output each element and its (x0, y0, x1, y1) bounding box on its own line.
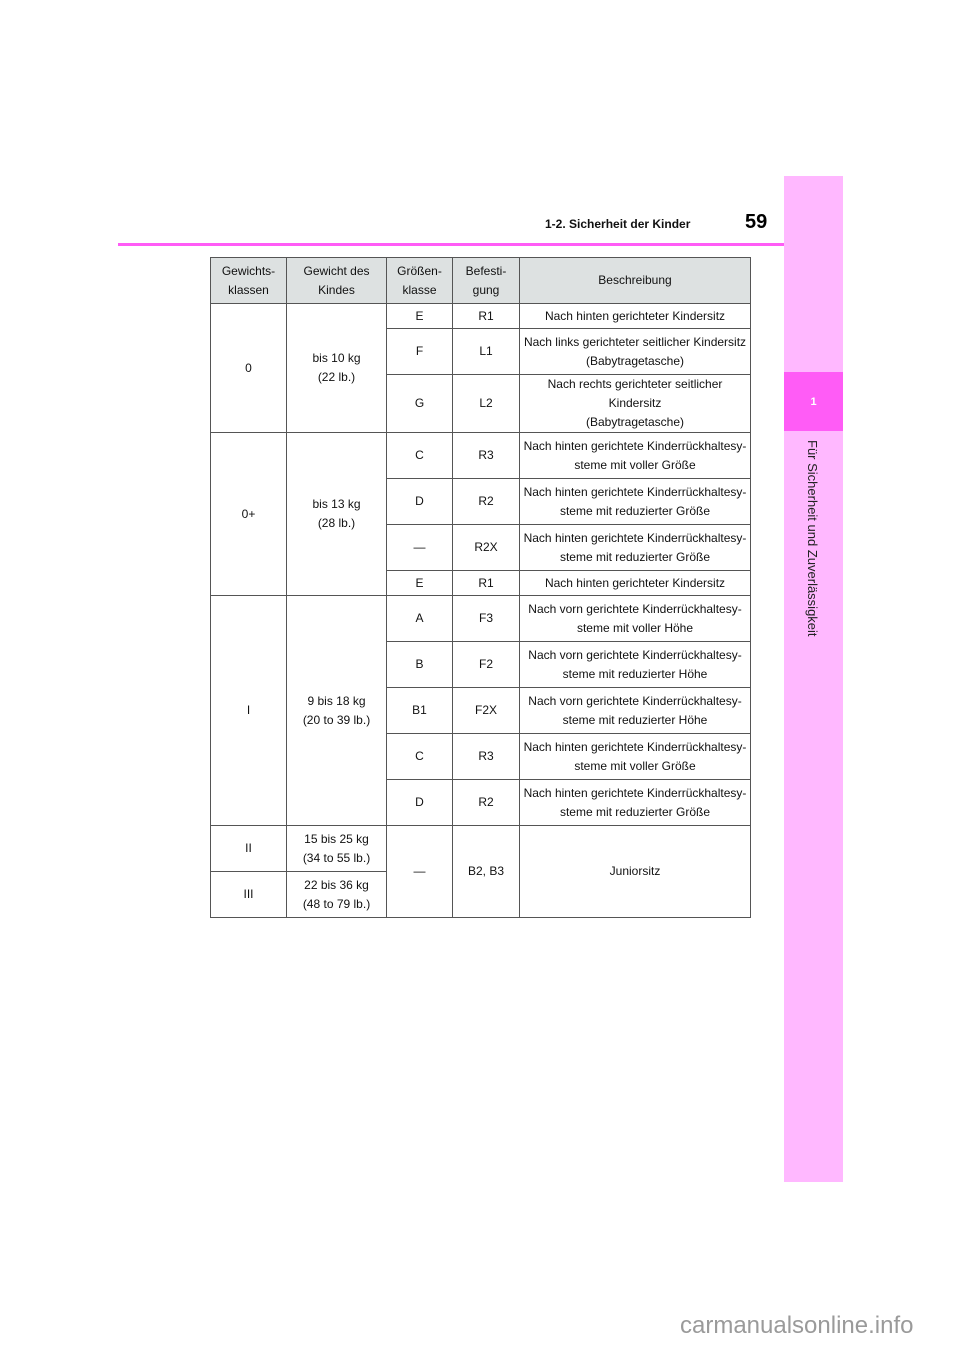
table-row: 0bis 10 kg (22 lb.)ER1Nach hinten gerich… (211, 304, 751, 329)
child-seat-table: Gewichts- klassenGewicht des KindesGröße… (210, 257, 751, 918)
fixture-cell: L2 (453, 375, 520, 433)
column-header: Gewichts- klassen (211, 258, 287, 304)
size-class-cell: E (387, 304, 453, 329)
fixture-cell: B2, B3 (453, 826, 520, 918)
description-cell: Juniorsitz (520, 826, 751, 918)
description-cell: Nach hinten gerichtete Kinderrückhaltesy… (520, 780, 751, 826)
fixture-cell: R1 (453, 571, 520, 596)
chapter-title-vertical: Für Sicherheit und Zuverlässigkeit (784, 440, 843, 650)
table-row: II15 bis 25 kg (34 to 55 lb.)—B2, B3Juni… (211, 826, 751, 872)
size-class-cell: D (387, 780, 453, 826)
column-header: Befesti- gung (453, 258, 520, 304)
size-class-cell: D (387, 479, 453, 525)
size-class-cell: C (387, 734, 453, 780)
size-class-cell: A (387, 596, 453, 642)
size-class-cell: — (387, 525, 453, 571)
weight-class-cell: II (211, 826, 287, 872)
header-rule (118, 243, 784, 246)
watermark: carmanualsonline.info (680, 1312, 913, 1340)
table-row: I9 bis 18 kg (20 to 39 lb.)AF3Nach vorn … (211, 596, 751, 642)
child-weight-cell: 22 bis 36 kg (48 to 79 lb.) (287, 872, 387, 918)
fixture-cell: F2X (453, 688, 520, 734)
child-weight-cell: bis 13 kg (28 lb.) (287, 433, 387, 596)
weight-class-cell: I (211, 596, 287, 826)
child-weight-cell: bis 10 kg (22 lb.) (287, 304, 387, 433)
fixture-cell: F3 (453, 596, 520, 642)
column-header: Beschreibung (520, 258, 751, 304)
chapter-side-tab (784, 176, 843, 1182)
size-class-cell: G (387, 375, 453, 433)
description-cell: Nach hinten gerichtete Kinderrückhaltesy… (520, 525, 751, 571)
fixture-cell: F2 (453, 642, 520, 688)
child-weight-cell: 9 bis 18 kg (20 to 39 lb.) (287, 596, 387, 826)
size-class-cell: B (387, 642, 453, 688)
weight-class-cell: III (211, 872, 287, 918)
page-number: 59 (745, 211, 767, 234)
description-cell: Nach vorn gerichtete Kinderrückhaltesy- … (520, 642, 751, 688)
size-class-cell: F (387, 329, 453, 375)
description-cell: Nach hinten gerichtete Kinderrückhaltesy… (520, 433, 751, 479)
fixture-cell: R3 (453, 734, 520, 780)
description-cell: Nach hinten gerichteter Kindersitz (520, 571, 751, 596)
fixture-cell: R2 (453, 780, 520, 826)
description-cell: Nach rechts gerichteter seitlicher Kinde… (520, 375, 751, 433)
size-class-cell: — (387, 826, 453, 918)
weight-class-cell: 0 (211, 304, 287, 433)
section-title: 1-2. Sicherheit der Kinder (545, 217, 690, 231)
table-body: 0bis 10 kg (22 lb.)ER1Nach hinten gerich… (211, 304, 751, 918)
child-weight-cell: 15 bis 25 kg (34 to 55 lb.) (287, 826, 387, 872)
description-cell: Nach links gerichteter seitlicher Kinder… (520, 329, 751, 375)
description-cell: Nach vorn gerichtete Kinderrückhaltesy- … (520, 688, 751, 734)
column-header: Gewicht des Kindes (287, 258, 387, 304)
fixture-cell: R3 (453, 433, 520, 479)
fixture-cell: R2 (453, 479, 520, 525)
table-header-row: Gewichts- klassenGewicht des KindesGröße… (211, 258, 751, 304)
description-cell: Nach hinten gerichtete Kinderrückhaltesy… (520, 479, 751, 525)
size-class-cell: B1 (387, 688, 453, 734)
weight-class-cell: 0+ (211, 433, 287, 596)
size-class-cell: C (387, 433, 453, 479)
size-class-cell: E (387, 571, 453, 596)
column-header: Größen- klasse (387, 258, 453, 304)
chapter-number-tab[interactable]: 1 (784, 372, 843, 431)
fixture-cell: R1 (453, 304, 520, 329)
chapter-title: Für Sicherheit und Zuverlässigkeit (805, 440, 820, 637)
description-cell: Nach vorn gerichtete Kinderrückhaltesy- … (520, 596, 751, 642)
fixture-cell: R2X (453, 525, 520, 571)
table-row: 0+bis 13 kg (28 lb.)CR3Nach hinten geric… (211, 433, 751, 479)
description-cell: Nach hinten gerichteter Kindersitz (520, 304, 751, 329)
fixture-cell: L1 (453, 329, 520, 375)
description-cell: Nach hinten gerichtete Kinderrückhaltesy… (520, 734, 751, 780)
